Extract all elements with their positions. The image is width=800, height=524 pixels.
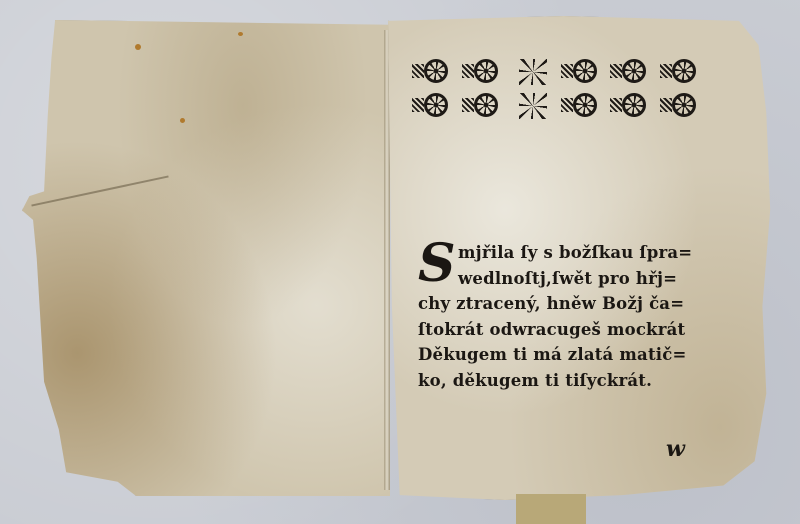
text-line: Děkugem ti má zlatá matič= bbox=[418, 342, 738, 368]
foxing-spot bbox=[238, 32, 243, 36]
floral-ornament-icon bbox=[561, 90, 605, 120]
text-line: chy ztracený, hněw Božj ča= bbox=[418, 291, 738, 317]
floral-ornament-icon bbox=[660, 56, 704, 86]
floral-ornament-icon bbox=[610, 90, 654, 120]
floral-ornament-icon bbox=[462, 56, 506, 86]
text-line: mjřila ſy s božſkau ſpra= bbox=[418, 240, 738, 266]
text-line: wedlnoſtj,ſwět pro hřj= bbox=[418, 266, 738, 292]
floral-ornament-icon bbox=[412, 90, 456, 120]
left-page bbox=[22, 20, 390, 496]
text-line: ko, děkugem ti tiſyckrát. bbox=[418, 368, 738, 394]
archive-label-tab bbox=[516, 494, 586, 524]
floral-ornament-icon bbox=[610, 56, 654, 86]
decorative-ornament-band bbox=[412, 56, 704, 120]
star-ornament-icon bbox=[511, 90, 555, 120]
ornament-row bbox=[412, 56, 704, 86]
text-line: ſtokrát odwracugeš mockrát bbox=[418, 317, 738, 343]
printed-text: S mjřila ſy s božſkau ſpra= wedlnoſtj,ſw… bbox=[418, 240, 738, 393]
floral-ornament-icon bbox=[462, 90, 506, 120]
drop-cap: S bbox=[418, 242, 456, 288]
star-ornament-icon bbox=[511, 56, 555, 86]
floral-ornament-icon bbox=[660, 90, 704, 120]
floral-ornament-icon bbox=[561, 56, 605, 86]
foxing-spot bbox=[180, 118, 185, 123]
foxing-spot bbox=[135, 44, 141, 50]
signature-mark: w bbox=[666, 436, 685, 462]
ornament-row bbox=[412, 90, 704, 120]
floral-ornament-icon bbox=[412, 56, 456, 86]
